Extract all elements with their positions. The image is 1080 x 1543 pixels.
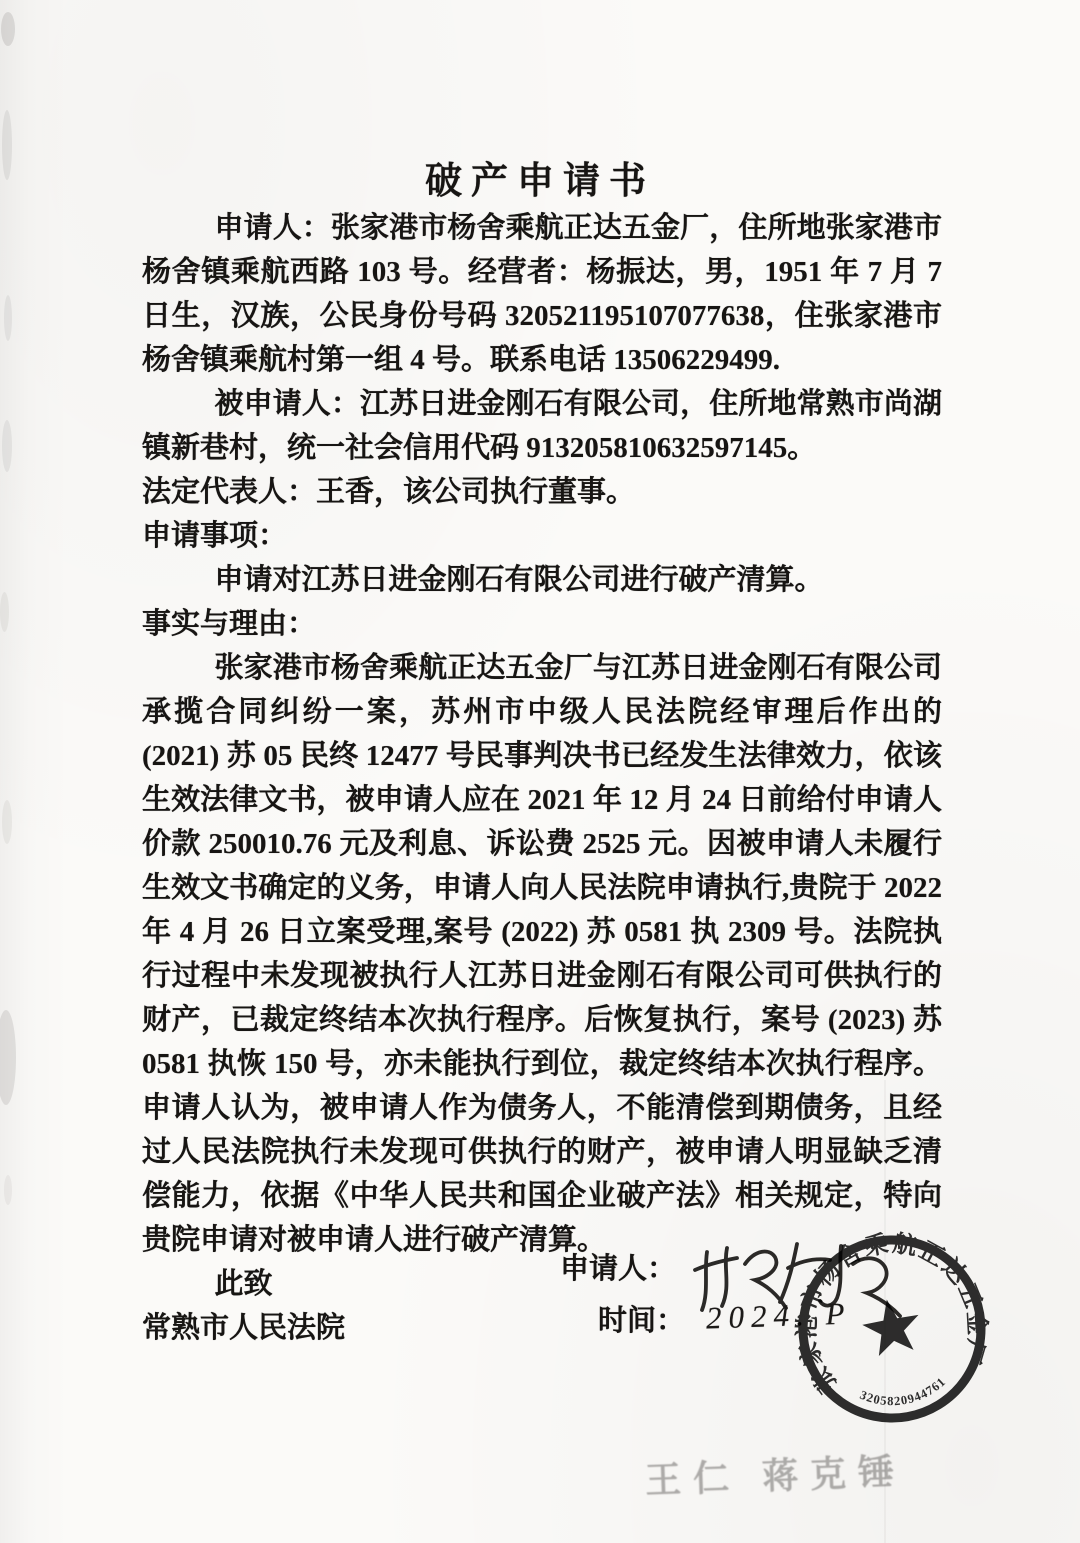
scan-artifact: [4, 1175, 12, 1205]
paragraph-facts: 张家港市杨舍乘航正达五金厂与江苏日进金刚石有限公司承揽合同纠纷一案，苏州市中级人…: [142, 646, 942, 1262]
page-title: 破产申请书: [0, 150, 1080, 204]
heading-request-items: 申请事项：: [142, 514, 942, 558]
heading-facts-reasons: 事实与理由：: [142, 602, 942, 646]
scan-artifact: [0, 592, 9, 632]
paragraph-legal-rep: 法定代表人：王香，该公司执行董事。: [142, 470, 942, 514]
scan-artifact: [1, 12, 15, 46]
document-body: 申请人：张家港市杨舍乘航正达五金厂，住所地张家港市杨舍镇乘航西路 103 号。经…: [142, 206, 942, 1350]
date-label: 时间：: [598, 1298, 685, 1339]
star-icon: [859, 1295, 925, 1358]
faint-handwritten-note: 王仁 蒋克锤: [644, 1443, 907, 1503]
company-seal-stamp: 张家港市杨舍乘航正达五金厂 3205820944761: [775, 1212, 1009, 1446]
applicant-label: 申请人：: [560, 1246, 676, 1287]
paragraph-applicant: 申请人：张家港市杨舍乘航正达五金厂，住所地张家港市杨舍镇乘航西路 103 号。经…: [142, 206, 942, 382]
scan-artifact: [0, 1010, 16, 1105]
paragraph-respondent: 被申请人：江苏日进金刚石有限公司，住所地常熟市尚湖镇新巷村，统一社会信用代码 9…: [142, 382, 942, 470]
paragraph-request: 申请对江苏日进金刚石有限公司进行破产清算。: [142, 558, 942, 602]
scan-artifact: [4, 295, 12, 341]
scanned-document-page: 破产申请书 申请人：张家港市杨舍乘航正达五金厂，住所地张家港市杨舍镇乘航西路 1…: [0, 0, 1080, 1543]
scan-artifact: [2, 800, 12, 844]
scan-artifact: [2, 420, 12, 472]
